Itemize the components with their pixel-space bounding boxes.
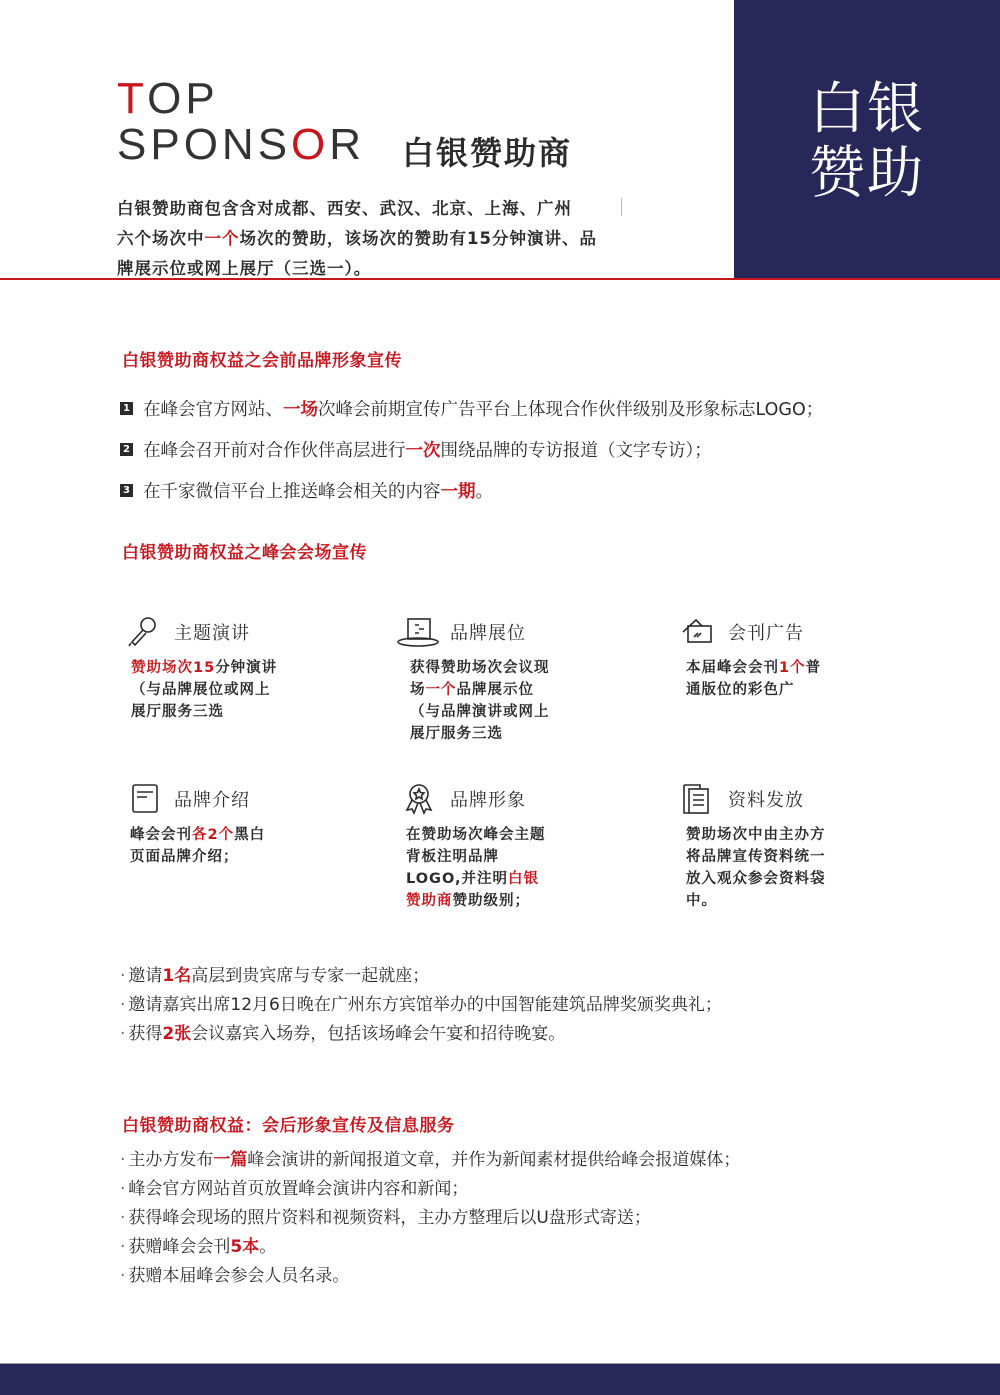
text: 获得 — [128, 1024, 162, 1044]
intro-paragraph: 白银赞助商包含含对成都、西安、武汉、北京、上海、广州 六个场次中一个场次的赞助，… — [117, 194, 637, 284]
intro-line: 白银赞助商包含含对成都、西安、武汉、北京、上海、广州 — [117, 194, 637, 224]
intro-line: 牌展示位或网上展厅（三选一）。 — [117, 254, 637, 284]
list-item: 3 在千家微信平台上推送峰会相关的内容一期。 — [120, 470, 823, 511]
panel-title-line1: 白银 — [734, 78, 1000, 142]
list-item: ·获得2张会议嘉宾入场券，包括该场峰会午宴和招待晚宴。 — [120, 1020, 722, 1049]
magazine-ad-icon — [680, 615, 714, 649]
post-event-list: ·主办方发布一篇峰会演讲的新闻报道文章，并作为新闻素材提供给峰会报道媒体； ·峰… — [120, 1146, 740, 1291]
booth-icon — [396, 615, 440, 649]
feature-desc: 本届峰会会刊1个普通版位的彩色广 — [686, 657, 834, 701]
text: 峰会会刊 — [130, 827, 192, 843]
bullet: · — [120, 995, 125, 1015]
text: 获赠峰会会刊 — [128, 1237, 230, 1257]
divider — [621, 198, 622, 216]
text: 会议嘉宾入场券，包括该场峰会午宴和招待晚宴。 — [191, 1024, 565, 1044]
top-sponsor-heading: TOP SPONSOR — [117, 76, 365, 168]
list-item: ·获得峰会现场的照片资料和视频资料，主办方整理后以U盘形式寄送； — [120, 1204, 740, 1233]
brand-accent-letter: T — [117, 74, 147, 123]
brand-text: R — [329, 120, 365, 169]
intro-line: 六个场次中一个场次的赞助，该场次的赞助有15分钟演讲、品 — [117, 224, 637, 254]
silver-sponsor-panel: 白银 赞助 — [734, 0, 1000, 278]
feature-desc: 在赞助场次峰会主题背板注明品牌LOGO,并注明白银赞助商赞助级别； — [406, 824, 554, 912]
feature-material-distribution: 资料发放 赞助场次中由主办方将品牌宣传资料统一放入观众参会资料袋中。 — [680, 782, 940, 912]
text: 在千家微信平台上推送峰会相关的内容 — [143, 478, 441, 503]
highlight: 2张 — [162, 1024, 191, 1044]
highlight: 一期 — [441, 478, 476, 503]
number-badge: 2 — [120, 443, 133, 456]
text: 。 — [259, 1237, 276, 1257]
text: 赞助级别； — [453, 893, 531, 909]
number-badge: 3 — [120, 484, 133, 497]
brand-accent-letter: O — [291, 120, 329, 169]
text: 获得峰会现场的照片资料和视频资料，主办方整理后以U盘形式寄送； — [128, 1208, 650, 1228]
text: 峰会演讲的新闻报道文章，并作为新闻素材提供给峰会报道媒体； — [247, 1150, 740, 1170]
panel-title-line2: 赞助 — [734, 142, 1000, 206]
feature-desc: 获得赞助场次会议现场一个品牌展示位（与品牌演讲或网上展厅服务三选 — [410, 657, 558, 745]
text: 主办方发布 — [128, 1150, 213, 1170]
feature-booth: 品牌展位 获得赞助场次会议现场一个品牌展示位（与品牌演讲或网上展厅服务三选 — [396, 615, 656, 745]
list-item: ·邀请嘉宾出席12月6日晚在广州东方宾馆举办的中国智能建筑品牌奖颁奖典礼； — [120, 991, 722, 1020]
footer-bar — [0, 1363, 1000, 1395]
feature-desc: 赞助场次15分钟演讲（与品牌展位或网上展厅服务三选 — [131, 657, 279, 723]
page-title: 白银赞助商 — [402, 128, 572, 174]
text: 场次的赞助，该场次的赞助有15分钟演讲、品 — [240, 229, 597, 248]
text: 。 — [476, 478, 494, 503]
pre-event-list: 1 在峰会官方网站、一场次峰会前期宣传广告平台上体现合作伙伴级别及形象标志LOG… — [120, 388, 823, 511]
venue-benefits-list: ·邀请1名高层到贵宾席与专家一起就座； ·邀请嘉宾出席12月6日晚在广州东方宾馆… — [120, 962, 722, 1049]
highlight: 各2个 — [192, 827, 234, 843]
award-ribbon-icon — [402, 782, 436, 816]
text: 邀请嘉宾出席12月6日晚在广州东方宾馆举办的中国智能建筑品牌奖颁奖典礼； — [128, 995, 721, 1015]
highlight: 一个 — [205, 229, 240, 248]
list-item: ·获赠峰会会刊5本。 — [120, 1233, 740, 1262]
feature-title: 品牌展位 — [450, 619, 526, 645]
text: 六个场次中 — [117, 229, 205, 248]
feature-brand-intro: 品牌介绍 峰会会刊各2个黑白页面品牌介绍； — [126, 782, 386, 868]
number-badge: 1 — [120, 402, 133, 415]
list-item: ·主办方发布一篇峰会演讲的新闻报道文章，并作为新闻素材提供给峰会报道媒体； — [120, 1146, 740, 1175]
text: 获赠本届峰会参会人员名录。 — [128, 1266, 349, 1286]
highlight: 一场 — [283, 396, 318, 421]
highlight: 一篇 — [213, 1150, 247, 1170]
section-title-pre-event: 白银赞助商权益之会前品牌形象宣传 — [122, 346, 402, 371]
text: 高层到贵宾席与专家一起就座； — [191, 966, 429, 986]
feature-brand-image: 品牌形象 在赞助场次峰会主题背板注明品牌LOGO,并注明白银赞助商赞助级别； — [402, 782, 662, 912]
list-item: 1 在峰会官方网站、一场次峰会前期宣传广告平台上体现合作伙伴级别及形象标志LOG… — [120, 388, 823, 429]
section-title-venue: 白银赞助商权益之峰会会场宣传 — [122, 538, 367, 563]
feature-title: 资料发放 — [728, 786, 804, 812]
highlight: 1名 — [162, 966, 191, 986]
highlight: 5本 — [230, 1237, 259, 1257]
microphone-icon — [126, 615, 160, 649]
feature-title: 会刊广告 — [728, 619, 804, 645]
text: 本届峰会会刊 — [686, 660, 779, 676]
bullet: · — [120, 966, 125, 986]
bullet: · — [120, 1208, 125, 1228]
feature-title: 品牌形象 — [450, 786, 526, 812]
text: 峰会官方网站首页放置峰会演讲内容和新闻； — [128, 1179, 468, 1199]
text: 围绕品牌的专访报道（文字专访）； — [441, 437, 712, 462]
brand-text: OP — [147, 74, 219, 123]
section-title-post-event: 白银赞助商权益：会后形象宣传及信息服务 — [122, 1111, 455, 1136]
highlight: 赞助场次15 — [131, 660, 215, 676]
list-item: ·峰会官方网站首页放置峰会演讲内容和新闻； — [120, 1175, 740, 1204]
brand-text: SPONS — [117, 120, 291, 169]
feature-desc: 赞助场次中由主办方将品牌宣传资料统一放入观众参会资料袋中。 — [686, 824, 834, 912]
bullet: · — [120, 1179, 125, 1199]
bullet: · — [120, 1266, 125, 1286]
bullet: · — [120, 1237, 125, 1257]
feature-magazine-ad: 会刊广告 本届峰会会刊1个普通版位的彩色广 — [680, 615, 940, 701]
highlight: 1个 — [779, 660, 806, 676]
feature-title: 主题演讲 — [174, 619, 250, 645]
document-icon — [126, 782, 160, 816]
feature-desc: 峰会会刊各2个黑白页面品牌介绍； — [130, 824, 278, 868]
text: 次峰会前期宣传广告平台上体现合作伙伴级别及形象标志LOGO； — [318, 396, 823, 421]
list-item: ·邀请1名高层到贵宾席与专家一起就座； — [120, 962, 722, 991]
text: 在峰会官方网站、 — [143, 396, 283, 421]
highlight: 一个 — [426, 682, 457, 698]
text: 邀请 — [128, 966, 162, 986]
list-item: ·获赠本届峰会参会人员名录。 — [120, 1262, 740, 1291]
text: 在峰会召开前对合作伙伴高层进行 — [143, 437, 406, 462]
panel-title: 白银 赞助 — [734, 78, 1000, 206]
list-item: 2 在峰会召开前对合作伙伴高层进行一次围绕品牌的专访报道（文字专访）； — [120, 429, 823, 470]
bullet: · — [120, 1024, 125, 1044]
feature-title: 品牌介绍 — [174, 786, 250, 812]
highlight: 一次 — [406, 437, 441, 462]
bullet: · — [120, 1150, 125, 1170]
feature-keynote: 主题演讲 赞助场次15分钟演讲（与品牌展位或网上展厅服务三选 — [126, 615, 386, 723]
files-icon — [680, 782, 714, 816]
